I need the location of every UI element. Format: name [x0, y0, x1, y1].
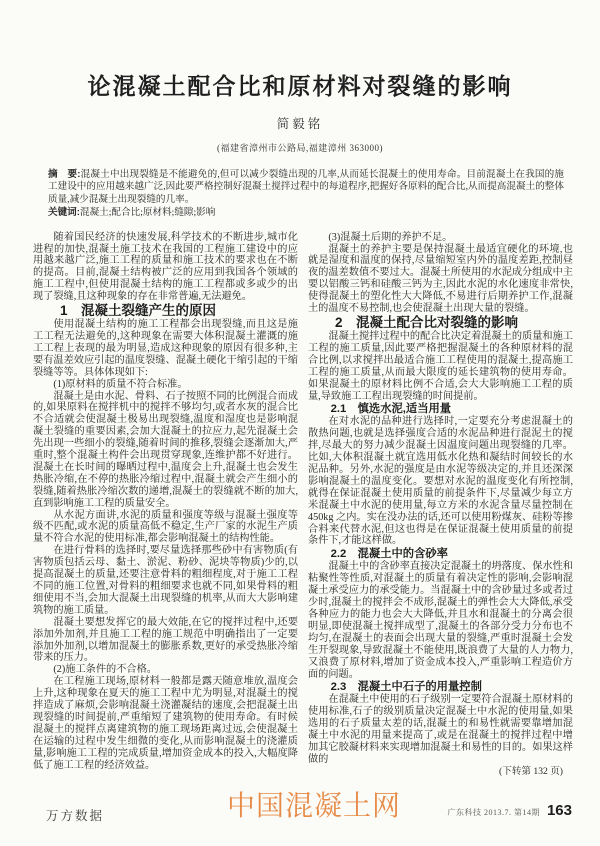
section-heading-2-1: 2.1 慎选水泥,适当用量	[308, 402, 573, 416]
journal-issue-info: 广东科技 2013.7. 第14期	[447, 807, 540, 818]
paragraph: 从水泥方面讲,水泥的质量和强度等级与混凝土强度等级不匹配,或水泥的质量高低不稳定…	[33, 510, 298, 546]
keywords-label: 关键词:	[48, 207, 80, 218]
paragraph: 使用混凝土结构的施工工程都会出现裂缝,而且这是施工工程无法避免的,这种现象在需要…	[33, 319, 298, 379]
author-affiliation: (福建省漳州市公路局,福建漳州 363000)	[0, 141, 600, 154]
list-item: (2)施工条件的不合格。	[33, 664, 298, 676]
section-heading-1: 1 混凝土裂缝产生的原因	[33, 303, 298, 319]
footer-right: 广东科技 2013.7. 第14期 163	[447, 802, 572, 819]
keywords-block: 关键词:混凝土;配合比;原材料;缝隙;影响	[48, 207, 564, 219]
abstract-block: 摘 要:混凝土中出现裂缝是不能避免的,但可以减少裂缝出现的几率,从而延长混凝土的…	[48, 169, 564, 206]
paragraph: 混凝土搅拌过程中的配合比决定着混凝土的质量和施工工程的施工质量,因此要严格把握混…	[308, 331, 573, 402]
paragraph: 随着国民经济的快速发展,科学技术的不断进步,城市化进程的加快,混凝土施工技术在我…	[33, 232, 298, 303]
section-heading-2-3: 2.3 混凝土中石子的用量控制	[308, 680, 573, 694]
journal-page: 论混凝土配合比和原材料对裂缝的影响 简毅铭 (福建省漳州市公路局,福建漳州 36…	[0, 0, 600, 846]
author-name: 简毅铭	[0, 114, 600, 132]
section-heading-2-2: 2.2 混凝土中的含砂率	[308, 547, 573, 561]
left-column: 随着国民经济的快速发展,科学技术的不断进步,城市化进程的加快,混凝土施工技术在我…	[33, 232, 298, 778]
list-item: (1)原材料的质量不符合标准。	[33, 379, 298, 391]
paragraph: 在工程施工现场,原材料一般都是露天随意堆放,温度会上升,这种现象在夏天的施工工程…	[33, 676, 298, 771]
list-item: (3)混凝土后期的养护不足。	[308, 232, 573, 244]
paragraph: 在进行骨料的选择时,要尽量选择那些砂中有害物质(有害物质包括云母、黏土、淤泥、粉…	[33, 545, 298, 616]
abstract-text: 混凝土中出现裂缝是不能避免的,但可以减少裂缝出现的几率,从而延长混凝土的使用寿命…	[48, 169, 564, 205]
site-watermark: 中国混凝土网	[227, 784, 401, 824]
article-title: 论混凝土配合比和原材料对裂缝的影响	[0, 0, 600, 101]
paragraph: 在对水泥的品种进行选择时,一定要充分考虑混凝土的散热问题,也就是选择强度合适的水…	[308, 416, 573, 547]
paragraph: 混凝土要想发挥它的最大效能,在它的搅拌过程中,还要添加外加剂,并且施工工程的施工…	[33, 617, 298, 665]
paragraph: 混凝土是由水泥、骨料、石子按照不同的比例混合而成的,如果原料在搅拌机中的搅拌不够…	[33, 391, 298, 510]
continuation-note: (下转第 132 页)	[308, 766, 573, 778]
paragraph: 混凝土的养护主要是保持混凝土最适宜硬化的环境,也就是湿度和温度的保持,尽量缩短室…	[308, 244, 573, 315]
keywords-text: 混凝土;配合比;原材料;缝隙;影响	[80, 207, 215, 218]
article-body: 随着国民经济的快速发展,科学技术的不断进步,城市化进程的加快,混凝土施工技术在我…	[33, 232, 600, 778]
wanfang-data-mark: 万方数据	[46, 806, 104, 824]
page-number: 163	[547, 802, 572, 819]
paragraph: 混凝土中的含砂率直接决定混凝土的坍落度、保水性和粘聚性等性质,对混凝土的质量有着…	[308, 561, 573, 680]
right-column: (3)混凝土后期的养护不足。 混凝土的养护主要是保持混凝土最适宜硬化的环境,也就…	[308, 232, 573, 778]
paragraph: 在混凝土中使用的石子级别一定要符合混凝土原材料的使用标准,石子的级别质量决定混凝…	[308, 694, 573, 765]
section-heading-2: 2 混凝土配合比对裂缝的影响	[308, 315, 573, 331]
abstract-label: 摘 要:	[48, 169, 80, 180]
